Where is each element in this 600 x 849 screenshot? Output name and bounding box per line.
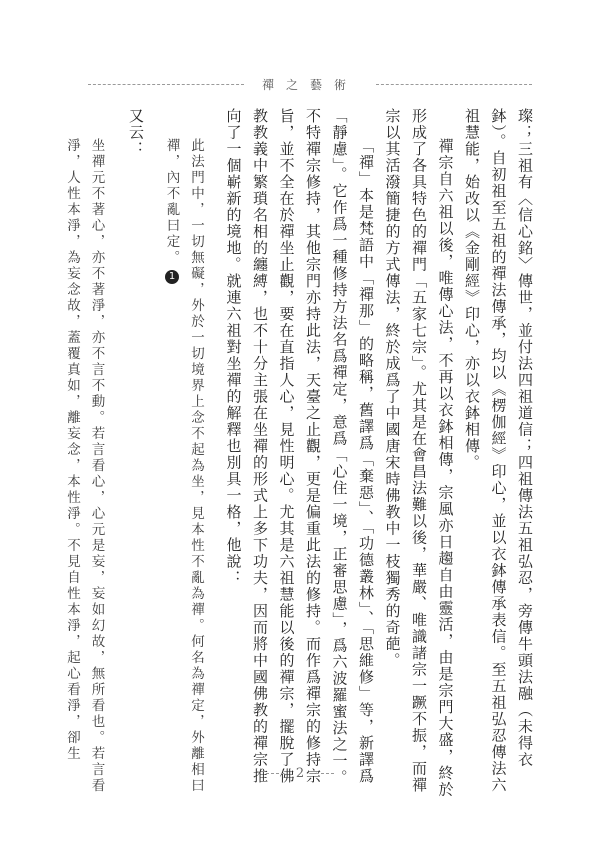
- paragraph-meaning-of-chan: 「禪」本是梵語中「禪那」的略稱，舊譯爲「棄惡」、「功德叢林」、「思維修」等，新譯…: [220, 108, 379, 798]
- footer-dash-left: [266, 773, 284, 774]
- header-rule-right: [376, 84, 532, 85]
- block-quote-huineng-text: 此法門中，一切無礙，外於一切境界上念不起為坐，見本性不亂為禪。何名為禪定，外離相…: [164, 138, 205, 794]
- paragraph-lineage: 璨；三祖有〈信心銘〉傳世，並付法四祖道信；四祖傳法五祖弘忍，旁傳牛頭法融（未得衣…: [459, 108, 539, 798]
- page-number: 2: [296, 766, 304, 781]
- footnote-marker: 1: [165, 270, 179, 284]
- running-title: 禪之藝術: [244, 76, 376, 93]
- paragraph-chan-after-sixth-patriarch: 禪宗自六祖以後，唯傳心法，不再以衣鉢相傳，宗風亦日趨自由靈活，由是宗門大盛，終於…: [379, 108, 459, 798]
- footer-dash-right: [316, 773, 334, 774]
- running-header: 禪之藝術: [88, 74, 532, 94]
- page-footer: 2: [0, 766, 600, 781]
- block-quote-huineng: 此法門中，一切無礙，外於一切境界上念不起為坐，見本性不亂為禪。何名為禪定，外離相…: [159, 108, 208, 798]
- header-rule-left: [88, 84, 244, 85]
- vertical-body-text: 璨；三祖有〈信心銘〉傳世，並付法四祖道信；四祖傳法五祖弘忍，旁傳牛頭法融（未得衣…: [60, 108, 539, 798]
- block-quote-zuochan: 坐禪元不著心，亦不著淨，亦不言不動。若言看心，心元是妄，妄如幻故，無所看也。若言…: [60, 108, 109, 798]
- quote-intro-label: 又云：: [123, 108, 150, 798]
